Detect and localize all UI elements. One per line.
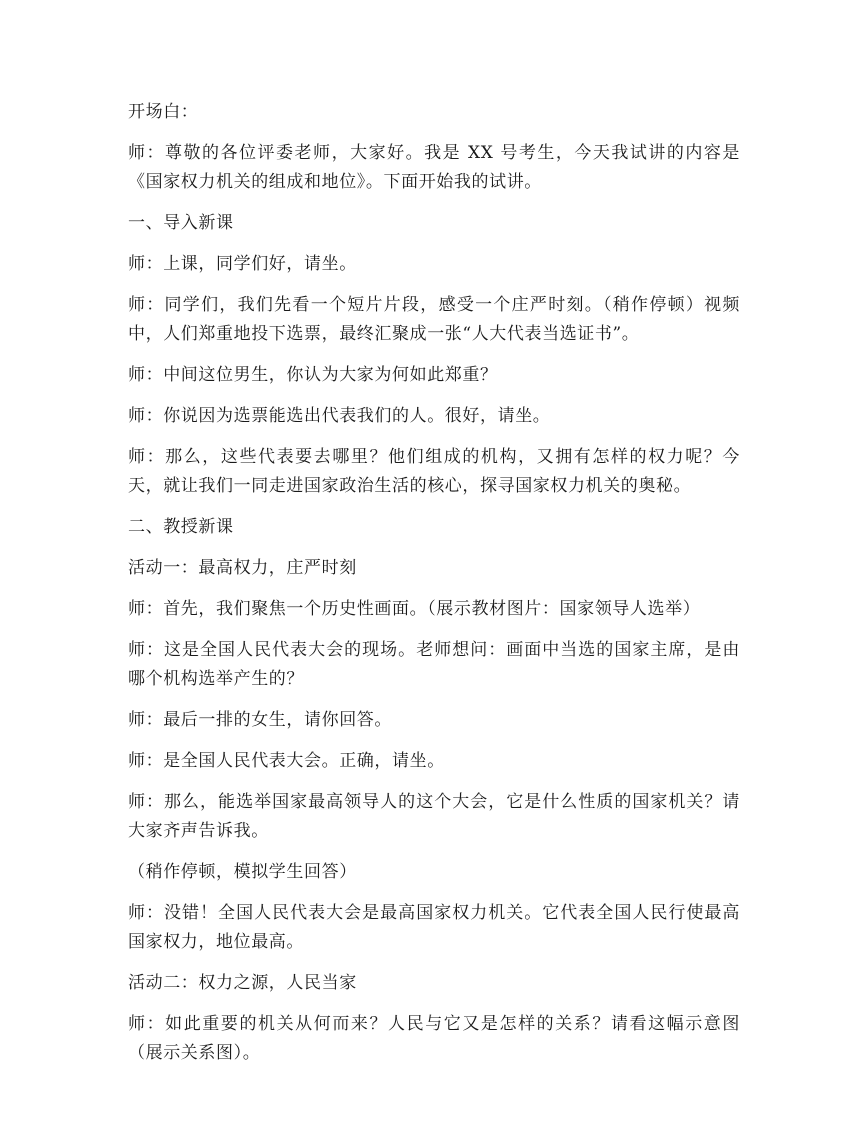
paragraph-highest-organ: 师：没错！全国人民代表大会是最高国家权力机关。它代表全国人民行使最高国家权力，地… (128, 899, 740, 957)
paragraph-historic-image: 师：首先，我们聚焦一个历史性画面。（展示教材图片：国家领导人选举） (128, 595, 740, 624)
paragraph-nature-question: 师：那么，能选举国家最高领导人的这个大会，它是什么性质的国家机关？请大家齐声告诉… (128, 788, 740, 846)
paragraph-self-introduction: 师：尊敬的各位评委老师，大家好。我是 XX 号考生，今天我试讲的内容是《国家权力… (128, 139, 740, 197)
paragraph-relationship-diagram: 师：如此重要的机关从何而来？人民与它又是怎样的关系？请看这幅示意图（展示关系图）… (128, 1010, 740, 1068)
activity-two-heading: 活动二：权力之源，人民当家 (128, 969, 740, 998)
paragraph-ask-girl: 师：最后一排的女生，请你回答。 (128, 706, 740, 735)
paragraph-npc-question: 师：这是全国人民代表大会的现场。老师想问：画面中当选的国家主席，是由哪个机构选举… (128, 636, 740, 694)
paragraph-answer-girl: 师：是全国人民代表大会。正确，请坐。 (128, 747, 740, 776)
document-page: 开场白： 师：尊敬的各位评委老师，大家好。我是 XX 号考生，今天我试讲的内容是… (128, 98, 740, 1080)
paragraph-answer-boy: 师：你说因为选票能选出代表我们的人。很好，请坐。 (128, 402, 740, 431)
paragraph-question-boy: 师：中间这位男生，你认为大家为何如此郑重？ (128, 361, 740, 390)
activity-one-heading: 活动一：最高权力，庄严时刻 (128, 554, 740, 583)
paragraph-greeting: 师：上课，同学们好，请坐。 (128, 250, 740, 279)
opening-heading: 开场白： (128, 98, 740, 127)
section-heading-intro: 一、导入新课 (128, 209, 740, 238)
paragraph-transition: 师：那么，这些代表要去哪里？他们组成的机构，又拥有怎样的权力呢？今天，就让我们一… (128, 443, 740, 501)
paragraph-video-clip: 师：同学们，我们先看一个短片片段，感受一个庄严时刻。（稍作停顿）视频中，人们郑重… (128, 291, 740, 349)
section-heading-new-lesson: 二、教授新课 (128, 513, 740, 542)
paragraph-pause-note: （稍作停顿，模拟学生回答） (128, 858, 740, 887)
